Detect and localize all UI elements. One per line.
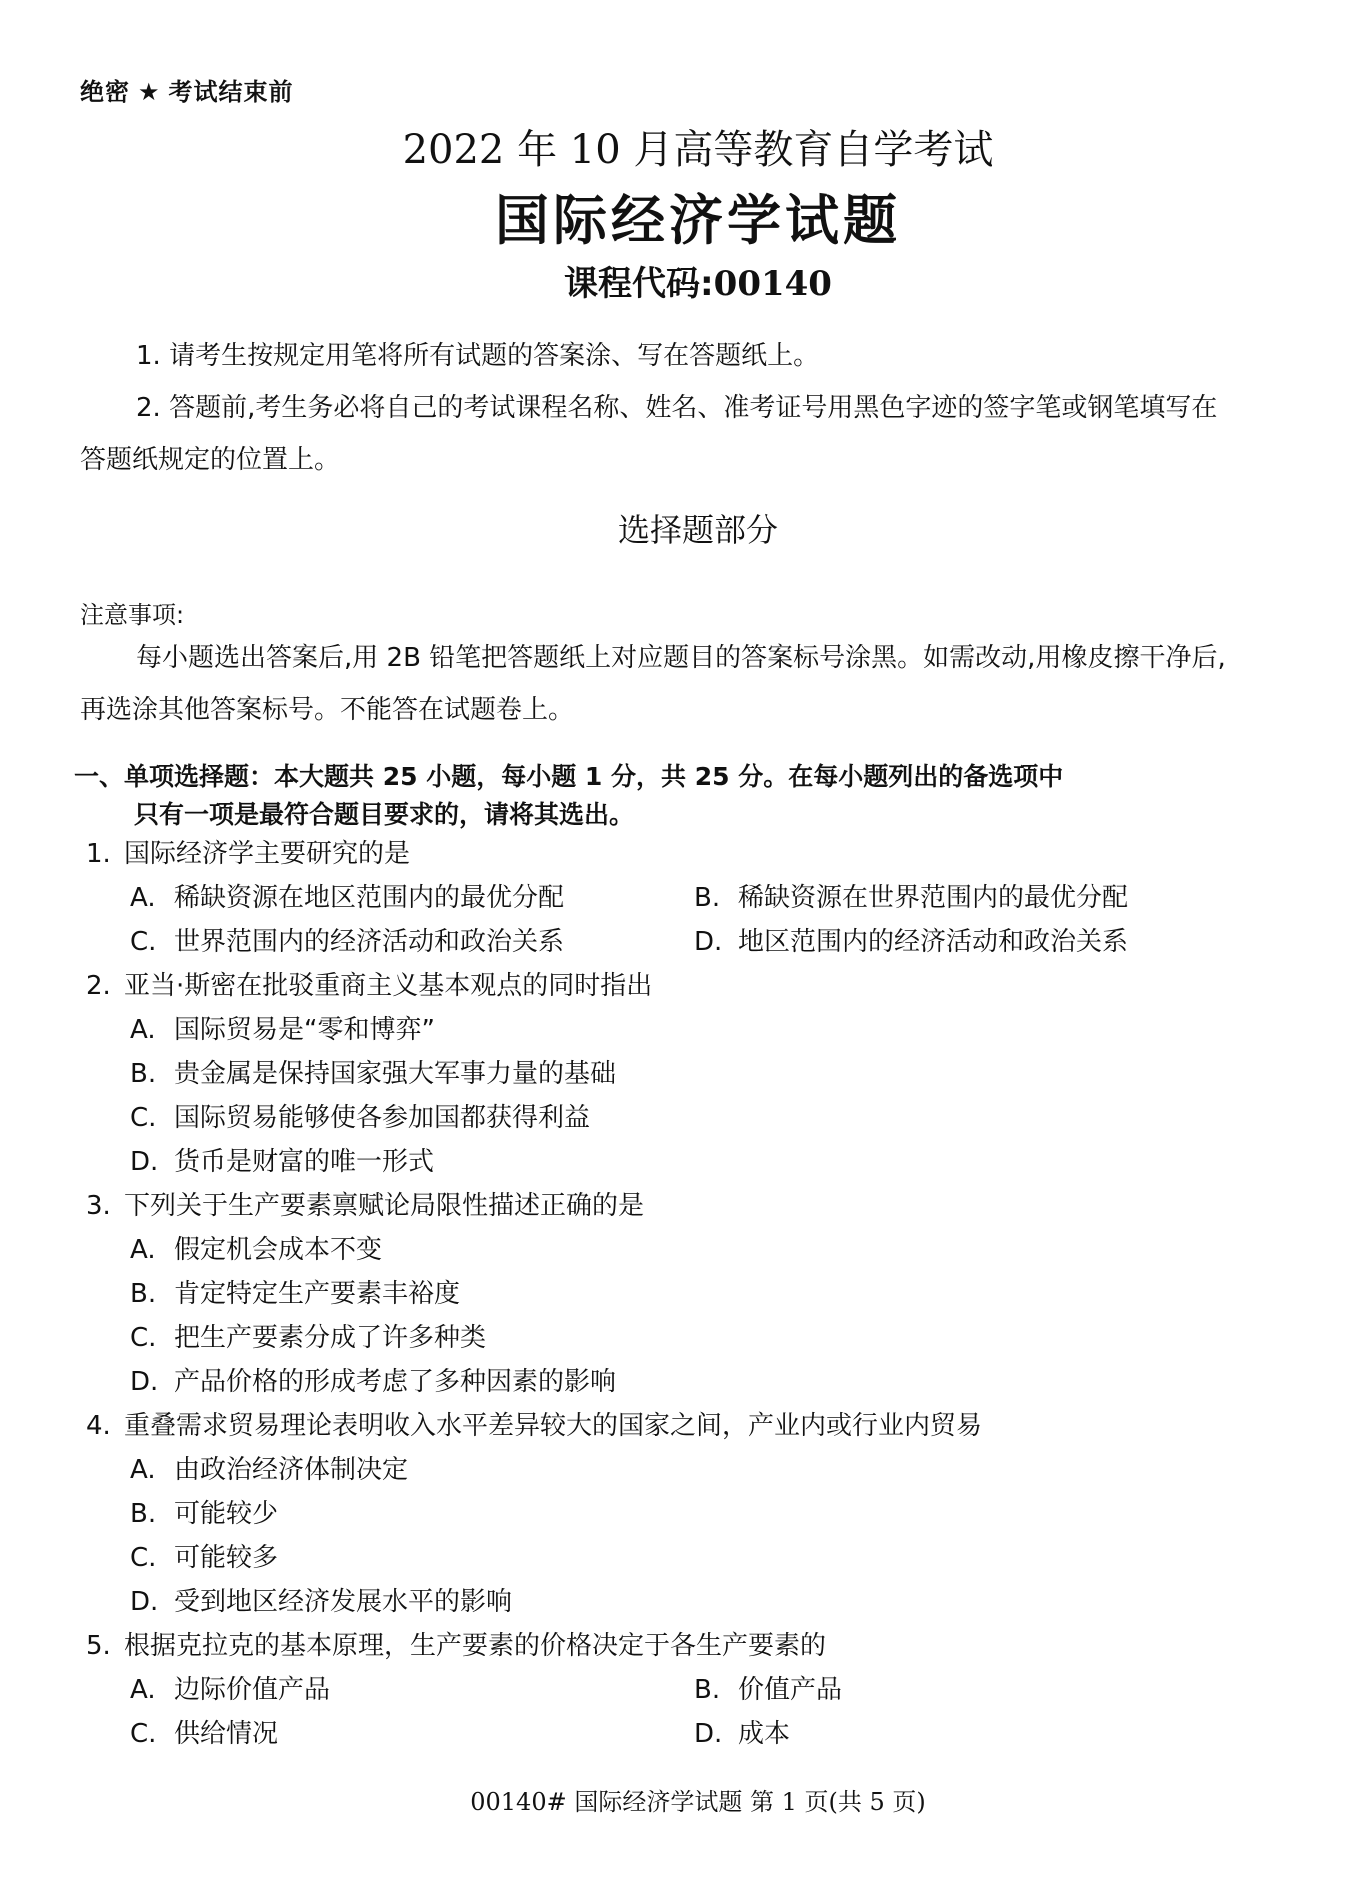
option-text: 把生产要素分成了许多种类 [174,1316,486,1360]
confidential-until-label: 考试结束前 [169,78,294,106]
option-letter: C. [130,1712,174,1756]
exam-title: 2022 年 10 月高等教育自学考试 [0,118,1356,175]
option-letter: D. [130,1360,174,1404]
question-stem: 5.根据克拉克的基本原理，生产要素的价格决定于各生产要素的 [78,1624,1258,1668]
option-text: 肯定特定生产要素丰裕度 [174,1272,460,1316]
option-letter: A. [130,876,174,920]
option-letter: C. [130,920,174,964]
instruction-1: 1. 请考生按规定用笔将所有试题的答案涂、写在答题纸上。 [80,330,1240,382]
course-code-label: 课程代码: [564,264,714,304]
option-row: A.稀缺资源在地区范围内的最优分配 B.稀缺资源在世界范围内的最优分配 [78,876,1258,920]
section-title: 选择题部分 [0,505,1356,551]
option-text: 成本 [738,1719,790,1749]
option-text: 假定机会成本不变 [174,1228,382,1272]
option-row: C.世界范围内的经济活动和政治关系 D.地区范围内的经济活动和政治关系 [78,920,1258,964]
exam-page: 绝密★考试结束前 2022 年 10 月高等教育自学考试 国际经济学试题 课程代… [0,0,1356,1896]
option-a: A.边际价值产品 [130,1668,694,1712]
question-4: 4.重叠需求贸易理论表明收入水平差异较大的国家之间，产业内或行业内贸易 A.由政… [78,1404,1258,1624]
option-text: 地区范围内的经济活动和政治关系 [738,927,1128,957]
option-letter: A. [130,1228,174,1272]
option-text: 受到地区经济发展水平的影响 [174,1580,512,1624]
question-list: 1.国际经济学主要研究的是 A.稀缺资源在地区范围内的最优分配 B.稀缺资源在世… [78,832,1258,1756]
option-d: D.受到地区经济发展水平的影响 [78,1580,1258,1624]
option-b: B.价值产品 [694,1668,1258,1712]
question-text: 国际经济学主要研究的是 [124,839,410,869]
subject-title: 国际经济学试题 [0,178,1356,255]
option-d: D.地区范围内的经济活动和政治关系 [694,920,1258,964]
option-row: C.供给情况 D.成本 [78,1712,1258,1756]
option-letter: B. [694,876,738,920]
option-text: 贵金属是保持国家强大军事力量的基础 [174,1052,616,1096]
option-letter: D. [130,1580,174,1624]
question-stem: 1.国际经济学主要研究的是 [78,832,1258,876]
option-text: 产品价格的形成考虑了多种因素的影响 [174,1360,616,1404]
option-c: C.国际贸易能够使各参加国都获得利益 [78,1096,1258,1140]
instruction-2: 2. 答题前,考生务必将自己的考试课程名称、姓名、准考证号用黑色字迹的签字笔或钢… [80,382,1240,486]
option-a: A.稀缺资源在地区范围内的最优分配 [130,876,694,920]
option-letter: B. [130,1492,174,1536]
question-text: 下列关于生产要素禀赋论局限性描述正确的是 [124,1191,644,1221]
option-letter: C. [130,1316,174,1360]
part-one-heading: 一、单项选择题：本大题共 25 小题，每小题 1 分，共 25 分。在每小题列出… [74,758,1194,834]
option-d: D.成本 [694,1712,1258,1756]
option-letter: C. [130,1096,174,1140]
option-b: B.稀缺资源在世界范围内的最优分配 [694,876,1258,920]
option-a: A.由政治经济体制决定 [78,1448,1258,1492]
question-text: 重叠需求贸易理论表明收入水平差异较大的国家之间，产业内或行业内贸易 [124,1411,982,1441]
option-text: 供给情况 [174,1719,278,1749]
question-text: 亚当·斯密在批驳重商主义基本观点的同时指出 [124,971,652,1001]
option-text: 稀缺资源在世界范围内的最优分配 [738,883,1128,913]
question-5: 5.根据克拉克的基本原理，生产要素的价格决定于各生产要素的 A.边际价值产品 B… [78,1624,1258,1756]
part-one-heading-line1: 一、单项选择题：本大题共 25 小题，每小题 1 分，共 25 分。在每小题列出… [74,762,1063,791]
part-one-heading-line2: 只有一项是最符合题目要求的，请将其选出。 [74,796,1194,834]
question-number: 2. [78,964,124,1008]
option-letter: C. [130,1536,174,1580]
option-text: 稀缺资源在地区范围内的最优分配 [174,883,564,913]
option-letter: B. [130,1052,174,1096]
notes-body: 每小题选出答案后,用 2B 铅笔把答题纸上对应题目的答案标号涂黑。如需改动,用橡… [80,632,1240,736]
option-c: C.可能较多 [78,1536,1258,1580]
question-3: 3.下列关于生产要素禀赋论局限性描述正确的是 A.假定机会成本不变 B.肯定特定… [78,1184,1258,1404]
option-letter: D. [694,1712,738,1756]
option-text: 边际价值产品 [174,1675,330,1705]
question-number: 4. [78,1404,124,1448]
option-b: B.肯定特定生产要素丰裕度 [78,1272,1258,1316]
question-number: 3. [78,1184,124,1228]
notes-heading: 注意事项: [80,595,184,630]
option-letter: D. [130,1140,174,1184]
option-text: 世界范围内的经济活动和政治关系 [174,927,564,957]
option-b: B.可能较少 [78,1492,1258,1536]
option-a: A.国际贸易是“零和博弈” [78,1008,1258,1052]
confidential-label: 绝密 [80,78,130,106]
course-code-value: 00140 [714,264,832,304]
option-d: D.货币是财富的唯一形式 [78,1140,1258,1184]
option-letter: A. [130,1448,174,1492]
option-b: B.贵金属是保持国家强大军事力量的基础 [78,1052,1258,1096]
option-text: 国际贸易是“零和博弈” [174,1008,435,1052]
option-text: 由政治经济体制决定 [174,1448,408,1492]
option-a: A.假定机会成本不变 [78,1228,1258,1272]
star-icon: ★ [138,78,161,106]
option-c: C.世界范围内的经济活动和政治关系 [130,920,694,964]
option-d: D.产品价格的形成考虑了多种因素的影响 [78,1360,1258,1404]
option-letter: B. [694,1668,738,1712]
option-text: 货币是财富的唯一形式 [174,1140,434,1184]
option-letter: B. [130,1272,174,1316]
option-letter: A. [130,1008,174,1052]
option-letter: A. [130,1668,174,1712]
question-1: 1.国际经济学主要研究的是 A.稀缺资源在地区范围内的最优分配 B.稀缺资源在世… [78,832,1258,964]
question-stem: 4.重叠需求贸易理论表明收入水平差异较大的国家之间，产业内或行业内贸易 [78,1404,1258,1448]
option-text: 可能较多 [174,1536,278,1580]
option-text: 国际贸易能够使各参加国都获得利益 [174,1096,590,1140]
question-number: 1. [78,832,124,876]
question-number: 5. [78,1624,124,1668]
option-c: C.把生产要素分成了许多种类 [78,1316,1258,1360]
question-stem: 2.亚当·斯密在批驳重商主义基本观点的同时指出 [78,964,1258,1008]
page-footer: 00140# 国际经济学试题 第 1 页(共 5 页) [0,1782,1356,1817]
question-2: 2.亚当·斯密在批驳重商主义基本观点的同时指出 A.国际贸易是“零和博弈” B.… [78,964,1258,1184]
course-code: 课程代码:00140 [0,256,1356,305]
option-text: 可能较少 [174,1492,278,1536]
option-row: A.边际价值产品 B.价值产品 [78,1668,1258,1712]
question-text: 根据克拉克的基本原理，生产要素的价格决定于各生产要素的 [124,1631,826,1661]
option-text: 价值产品 [738,1675,842,1705]
question-stem: 3.下列关于生产要素禀赋论局限性描述正确的是 [78,1184,1258,1228]
option-c: C.供给情况 [130,1712,694,1756]
confidential-marker: 绝密★考试结束前 [80,72,294,107]
option-letter: D. [694,920,738,964]
